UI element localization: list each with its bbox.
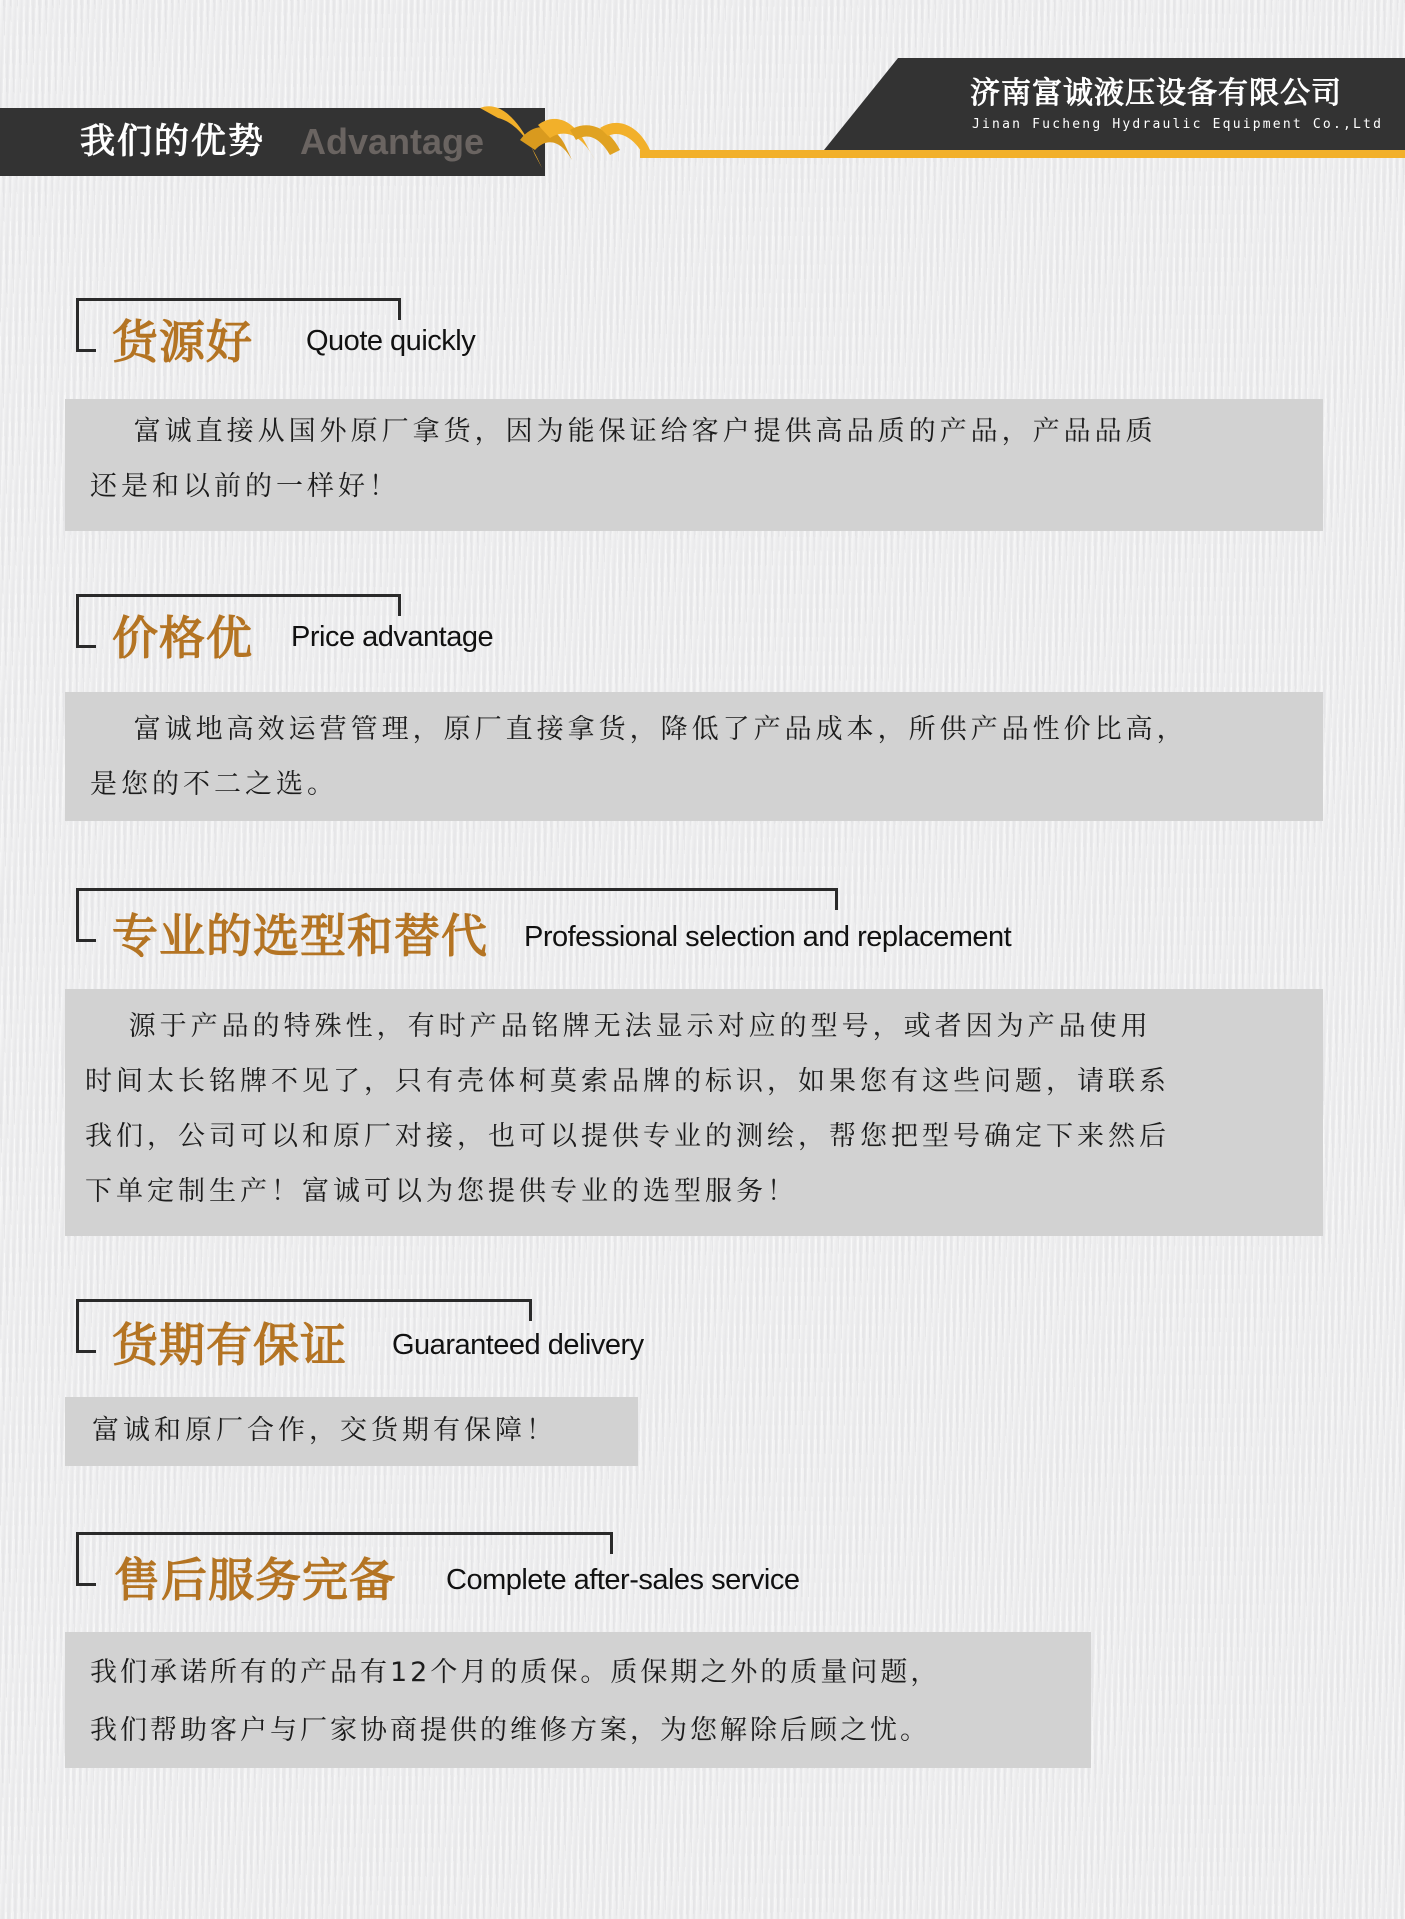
section-title: 专业的选型和替代	[112, 906, 488, 966]
section-title-en: Guaranteed delivery	[392, 1325, 644, 1365]
section-title-en: Complete after-sales service	[446, 1560, 799, 1600]
company-name-en: Jinan Fucheng Hydraulic Equipment Co.,Lt…	[972, 116, 1383, 134]
section-bracket-foot	[76, 1583, 96, 1586]
section-text: 我们承诺所有的产品有12个月的质保。质保期之外的质量问题， 我们帮助客户与厂家协…	[90, 1644, 1100, 1760]
section-text-box: 我们承诺所有的产品有12个月的质保。质保期之外的质量问题， 我们帮助客户与厂家协…	[65, 1632, 1091, 1768]
section-bracket-foot	[76, 1350, 96, 1353]
text-line: 我们帮助客户与厂家协商提供的维修方案，为您解除后顾之忧。	[90, 1702, 1100, 1760]
text-line: 还是和以前的一样好！	[90, 459, 1330, 514]
section-title: 价格优	[112, 608, 253, 668]
text-line: 时间太长铭牌不见了，只有壳体柯莫索品牌的标识，如果您有这些问题，请联系	[85, 1054, 1325, 1109]
text-line: 我们，公司可以和原厂对接，也可以提供专业的测绘，帮您把型号确定下来然后	[85, 1109, 1325, 1164]
section-text-box: 富诚和原厂合作，交货期有保障！	[65, 1397, 638, 1466]
text-line: 是您的不二之选。	[90, 757, 1330, 812]
section-text: 富诚和原厂合作，交货期有保障！	[92, 1403, 652, 1458]
section-text-box: 富诚直接从国外原厂拿货，因为能保证给客户提供高品质的产品，产品品质 还是和以前的…	[65, 399, 1323, 531]
text-line: 富诚直接从国外原厂拿货，因为能保证给客户提供高品质的产品，产品品质	[90, 404, 1330, 459]
text-line: 我们承诺所有的产品有12个月的质保。质保期之外的质量问题，	[90, 1644, 1100, 1702]
section-bracket	[79, 594, 398, 597]
section-bracket	[79, 1299, 529, 1302]
section-title-en: Price advantage	[291, 617, 493, 657]
text-line: 下单定制生产！富诚可以为您提供专业的选型服务！	[85, 1164, 1325, 1219]
section-bracket	[79, 298, 398, 301]
section-title-en: Professional selection and replacement	[524, 917, 1011, 957]
section-text: 富诚地高效运营管理，原厂直接拿货，降低了产品成本，所供产品性价比高， 是您的不二…	[90, 702, 1330, 812]
header-accent-line	[640, 150, 1405, 158]
section-bracket	[79, 1532, 610, 1535]
section-bracket-foot	[76, 939, 96, 942]
section-text-box: 源于产品的特殊性，有时产品铭牌无法显示对应的型号，或者因为产品使用 时间太长铭牌…	[65, 989, 1323, 1236]
text-line: 源于产品的特殊性，有时产品铭牌无法显示对应的型号，或者因为产品使用	[85, 999, 1325, 1054]
section-bracket-foot	[76, 349, 96, 352]
section-text: 富诚直接从国外原厂拿货，因为能保证给客户提供高品质的产品，产品品质 还是和以前的…	[90, 404, 1330, 514]
section-title: 售后服务完备	[114, 1550, 396, 1610]
section-text-box: 富诚地高效运营管理，原厂直接拿货，降低了产品成本，所供产品性价比高， 是您的不二…	[65, 692, 1323, 821]
company-name: 济南富诚液压设备有限公司	[970, 74, 1342, 114]
section-text: 源于产品的特殊性，有时产品铭牌无法显示对应的型号，或者因为产品使用 时间太长铭牌…	[85, 999, 1325, 1219]
section-title-en: Quote quickly	[306, 321, 475, 361]
text-line: 富诚和原厂合作，交货期有保障！	[92, 1403, 652, 1458]
section-bracket-foot	[76, 645, 96, 648]
section-title: 货期有保证	[112, 1315, 347, 1375]
section-bracket	[79, 888, 835, 891]
text-line: 富诚地高效运营管理，原厂直接拿货，降低了产品成本，所供产品性价比高，	[90, 702, 1330, 757]
section-title: 货源好	[112, 312, 253, 372]
